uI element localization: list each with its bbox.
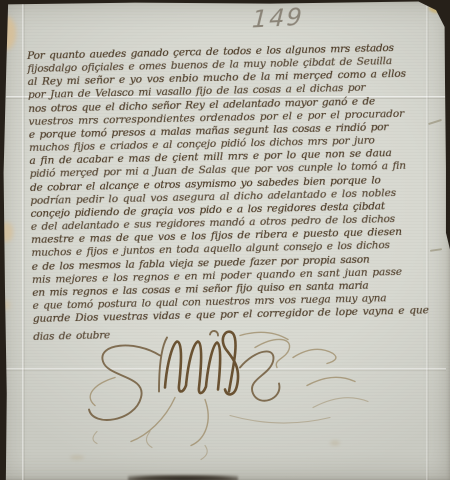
manuscript-text-block: Por quanto auedes ganado çerca de todos … — [27, 41, 433, 344]
fold-crease-vertical — [22, 4, 25, 480]
folio-number: 149 — [251, 2, 312, 33]
foxing-spot-icon — [70, 455, 84, 460]
corner-stain-icon — [429, 3, 444, 13]
tape-stain-icon — [0, 16, 16, 50]
scan-shadow-bottom — [128, 475, 238, 480]
foxing-spot-icon — [330, 440, 340, 446]
edge-stain-icon — [0, 222, 13, 242]
scanned-manuscript-page: 149 Por quanto auedes ganado çerca de to… — [0, 0, 450, 480]
edge-stain-icon — [2, 300, 10, 310]
fold-crease-horizontal — [6, 368, 446, 371]
